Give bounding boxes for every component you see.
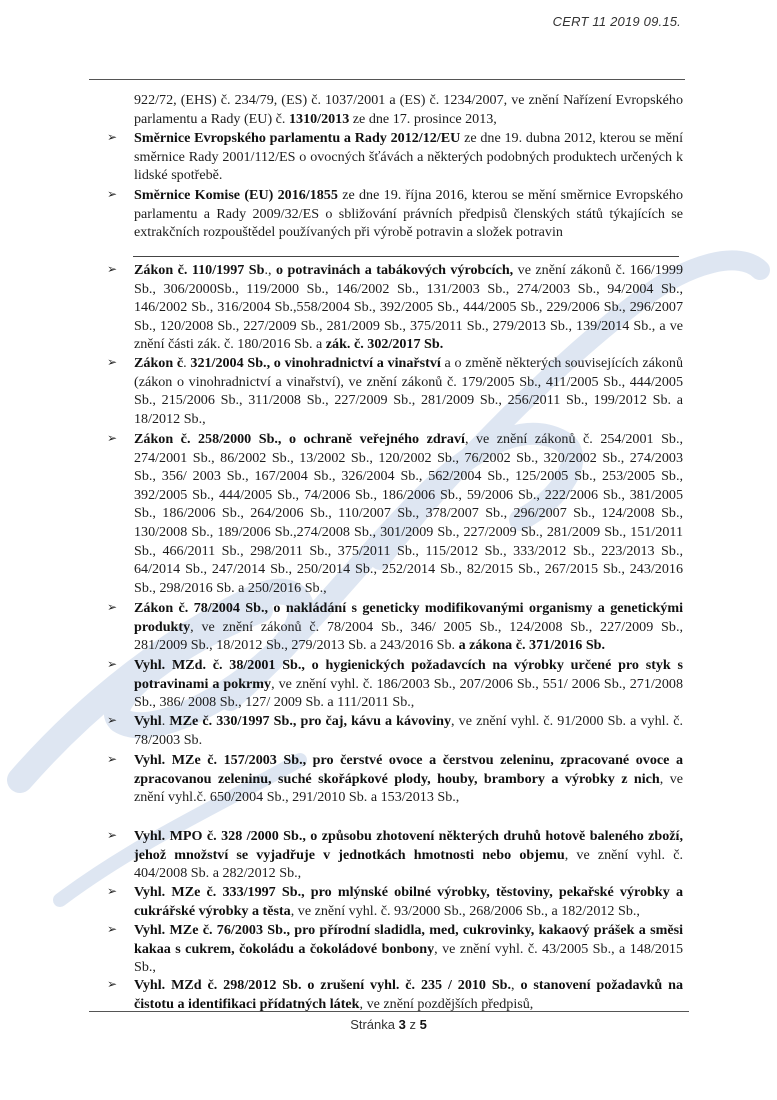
bold-text: zák. č. 302/2017 Sb. — [326, 336, 443, 352]
text: , ve znění zákonů č. 254/2001 Sb., 274/2… — [134, 431, 683, 596]
list-item: Vyhl. MZe č. 76/2003 Sb., pro přírodní s… — [134, 921, 683, 977]
total-pages: 5 — [420, 1017, 427, 1032]
page-number: Stránka 3 z 5 — [0, 1017, 777, 1032]
bold-text: MZe č. 330/1997 Sb., pro čaj, kávu a káv… — [169, 713, 451, 729]
list-item: Vyhl. MZe č. 157/2003 Sb., pro čerstvé o… — [134, 751, 683, 807]
bold-text: Vyhl — [134, 713, 162, 729]
text: , ve znění pozdějších předpisů, — [360, 996, 534, 1012]
bold-text: Směrnice Evropského parlamentu a Rady 20… — [134, 130, 460, 146]
bold-text: Zákon č. 110/1997 Sb — [134, 262, 264, 278]
bold-text: 321/2004 Sb., o vinohradnictví a vinařst… — [190, 355, 440, 371]
arrow-bullet-icon: ➢ — [107, 977, 117, 991]
text: , ve znění vyhl. č. 93/2000 Sb., 268/200… — [291, 903, 640, 919]
bold-text: Zákon č — [134, 355, 183, 371]
page-label: Stránka — [350, 1017, 398, 1032]
header-rule — [89, 79, 685, 80]
list-item: Směrnice Evropského parlamentu a Rady 20… — [134, 129, 683, 185]
arrow-bullet-icon: ➢ — [107, 262, 117, 276]
list-item: Zákon č. 258/2000 Sb., o ochraně veřejné… — [134, 430, 683, 597]
bold-text: Vyhl. MZd č. 298/2012 Sb. o zrušení vyhl… — [134, 977, 511, 993]
document-code: CERT 11 2019 09.15. — [553, 14, 681, 29]
arrow-bullet-icon: ➢ — [107, 713, 117, 727]
list-item: Vyhl. MZe č. 333/1997 Sb., pro mlýnské o… — [134, 883, 683, 920]
arrow-bullet-icon: ➢ — [107, 922, 117, 936]
list-item: Zákon č. 78/2004 Sb., o nakládání s gene… — [134, 599, 683, 655]
list-item: Vyhl. MPO č. 328 /2000 Sb., o způsobu zh… — [134, 827, 683, 883]
bold-text: a zákona č. 371/2016 Sb. — [459, 637, 605, 653]
section-separator — [133, 256, 679, 257]
arrow-bullet-icon: ➢ — [107, 884, 117, 898]
bold-text: Vyhl. MZe č. 157/2003 Sb., pro čerstvé o… — [134, 752, 683, 787]
continuation-paragraph: 922/72, (EHS) č. 234/79, (ES) č. 1037/20… — [134, 91, 683, 128]
list-item: Vyhl. MZe č. 330/1997 Sb., pro čaj, kávu… — [134, 712, 683, 749]
arrow-bullet-icon: ➢ — [107, 187, 117, 201]
footer-rule — [89, 1011, 689, 1012]
arrow-bullet-icon: ➢ — [107, 355, 117, 369]
bold-text: Zákon č. 258/2000 Sb., o ochraně veřejné… — [134, 431, 465, 447]
current-page: 3 — [399, 1017, 406, 1032]
list-item: Zákon č. 321/2004 Sb., o vinohradnictví … — [134, 354, 683, 428]
list-item: Zákon č. 110/1997 Sb., o potravinách a t… — [134, 261, 683, 354]
bold-text: 1310/2013 — [289, 111, 349, 127]
text: ., — [264, 262, 276, 278]
list-item: Směrnice Komise (EU) 2016/1855 ze dne 19… — [134, 186, 683, 242]
page-sep: z — [406, 1017, 420, 1032]
arrow-bullet-icon: ➢ — [107, 657, 117, 671]
arrow-bullet-icon: ➢ — [107, 600, 117, 614]
list-item: Vyhl. MZd. č. 38/2001 Sb., o hygienickýc… — [134, 656, 683, 712]
bold-text: o potravinách a tabákových výrobcích, — [276, 262, 513, 278]
text: ze dne 17. prosince 2013, — [349, 111, 497, 127]
list-item: Vyhl. MZd č. 298/2012 Sb. o zrušení vyhl… — [134, 976, 683, 1013]
arrow-bullet-icon: ➢ — [107, 828, 117, 842]
arrow-bullet-icon: ➢ — [107, 130, 117, 144]
arrow-bullet-icon: ➢ — [107, 431, 117, 445]
document-page: CERT 11 2019 09.15. 922/72, (EHS) č. 234… — [0, 0, 777, 1100]
bold-text: Směrnice Komise (EU) 2016/1855 — [134, 187, 338, 203]
arrow-bullet-icon: ➢ — [107, 752, 117, 766]
